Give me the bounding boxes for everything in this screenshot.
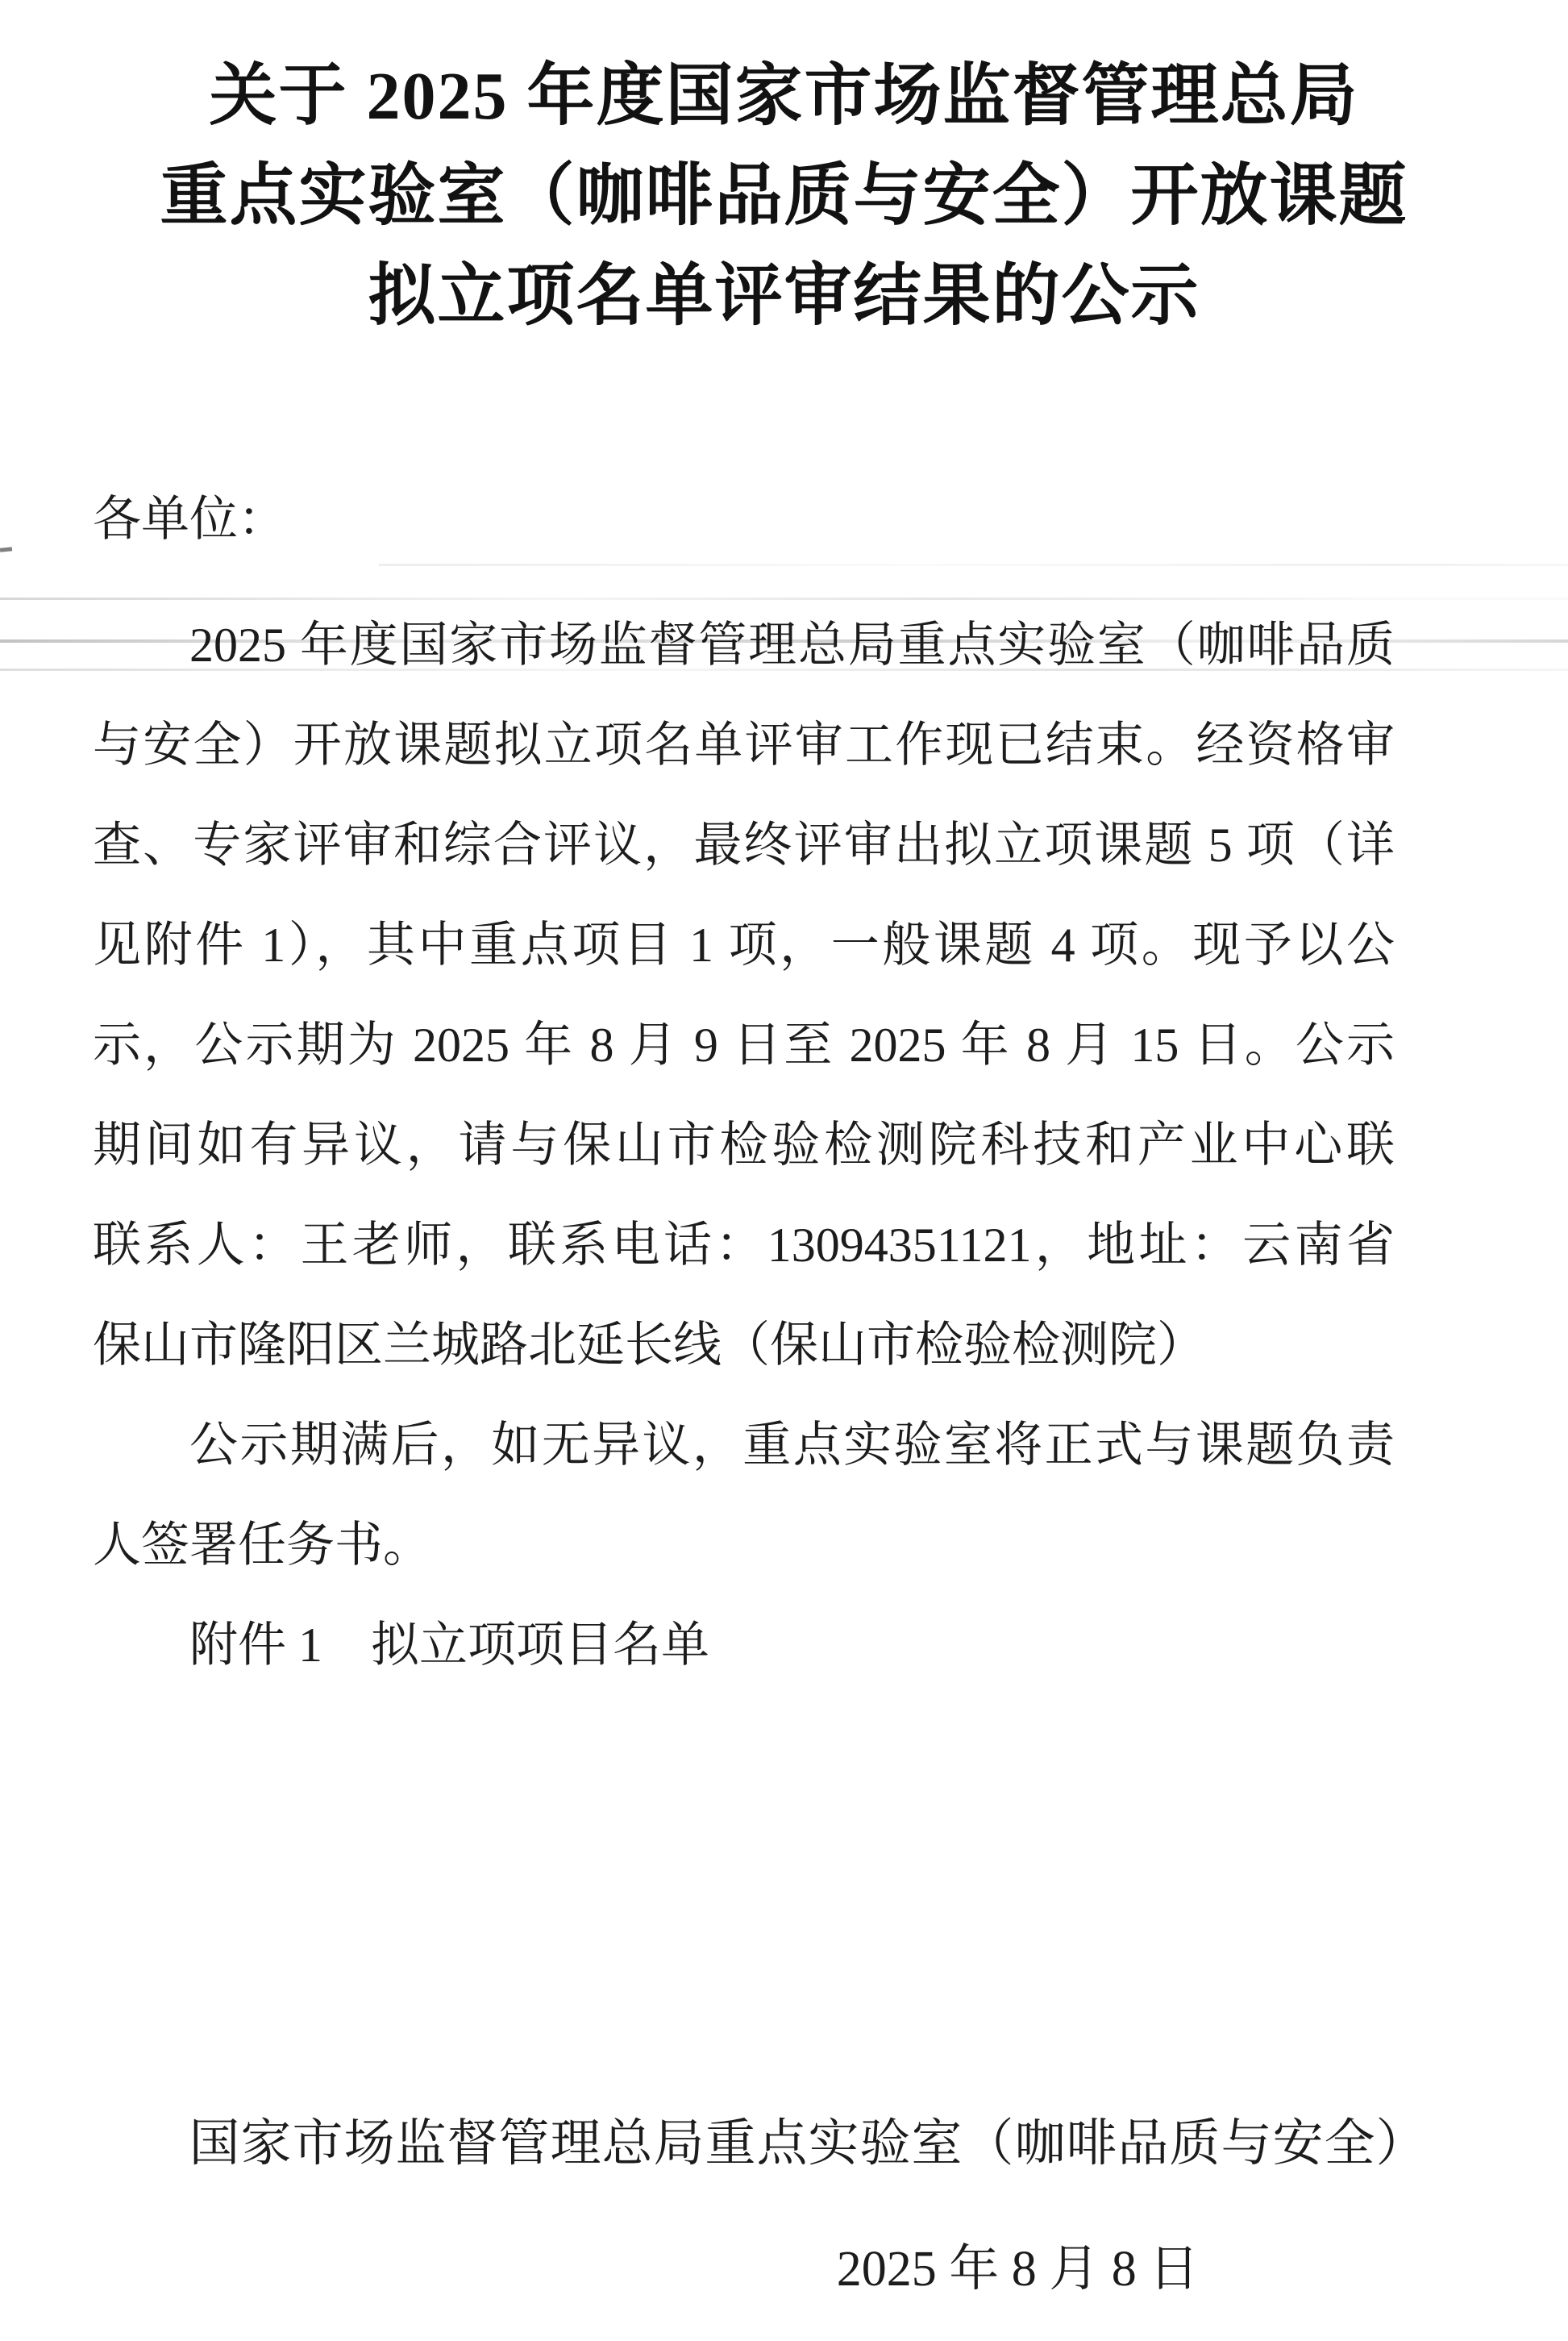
title-line-3: 拟立项名单评审结果的公示 bbox=[0, 247, 1568, 347]
signature-line: 国家市场监督管理总局重点实验室（咖啡品质与安全） bbox=[24, 2093, 1568, 2194]
paragraph-line: 公示期满后，如无异议，重点实验室将正式与课题负责 bbox=[93, 1395, 1395, 1495]
paragraph-line: 保山市隆阳区兰城路北延长线（保山市检验检测院） bbox=[93, 1295, 1395, 1395]
title-line-2: 重点实验室（咖啡品质与安全）开放课题 bbox=[0, 147, 1568, 247]
paragraph-line: 示，公示期为 2025 年 8 月 9 日至 2025 年 8 月 15 日。公… bbox=[93, 995, 1395, 1095]
document-page: 关于 2025 年度国家市场监督管理总局 重点实验室（咖啡品质与安全）开放课题 … bbox=[0, 0, 1568, 2341]
paragraph-line: 2025 年度国家市场监督管理总局重点实验室（咖啡品质 bbox=[93, 595, 1395, 695]
title-line-1: 关于 2025 年度国家市场监督管理总局 bbox=[0, 47, 1568, 147]
paragraph-line: 人签署任务书。 bbox=[93, 1495, 1395, 1595]
paragraph-line: 联系人：王老师，联系电话：13094351121，地址：云南省 bbox=[93, 1195, 1395, 1295]
paragraph-line: 见附件 1），其中重点项目 1 项，一般课题 4 项。现予以公 bbox=[93, 895, 1395, 995]
salutation: 各单位： bbox=[93, 469, 1395, 569]
date-line: 2025 年 8 月 8 日 bbox=[234, 2219, 1568, 2320]
paragraph-line: 期间如有异议，请与保山市检验检测院科技和产业中心联系， bbox=[93, 1095, 1395, 1195]
scan-speck bbox=[0, 547, 12, 552]
paragraph-line: 与安全）开放课题拟立项名单评审工作现已结束。经资格审 bbox=[93, 695, 1395, 795]
paragraph-line: 查、专家评审和综合评议，最终评审出拟立项课题 5 项（详 bbox=[93, 795, 1395, 895]
document-body: 各单位： 2025 年度国家市场监督管理总局重点实验室（咖啡品质 与安全）开放课… bbox=[93, 469, 1395, 1695]
document-title: 关于 2025 年度国家市场监督管理总局 重点实验室（咖啡品质与安全）开放课题 … bbox=[0, 0, 1568, 347]
attachment-reference: 附件 1 拟立项项目名单 bbox=[93, 1595, 1395, 1695]
